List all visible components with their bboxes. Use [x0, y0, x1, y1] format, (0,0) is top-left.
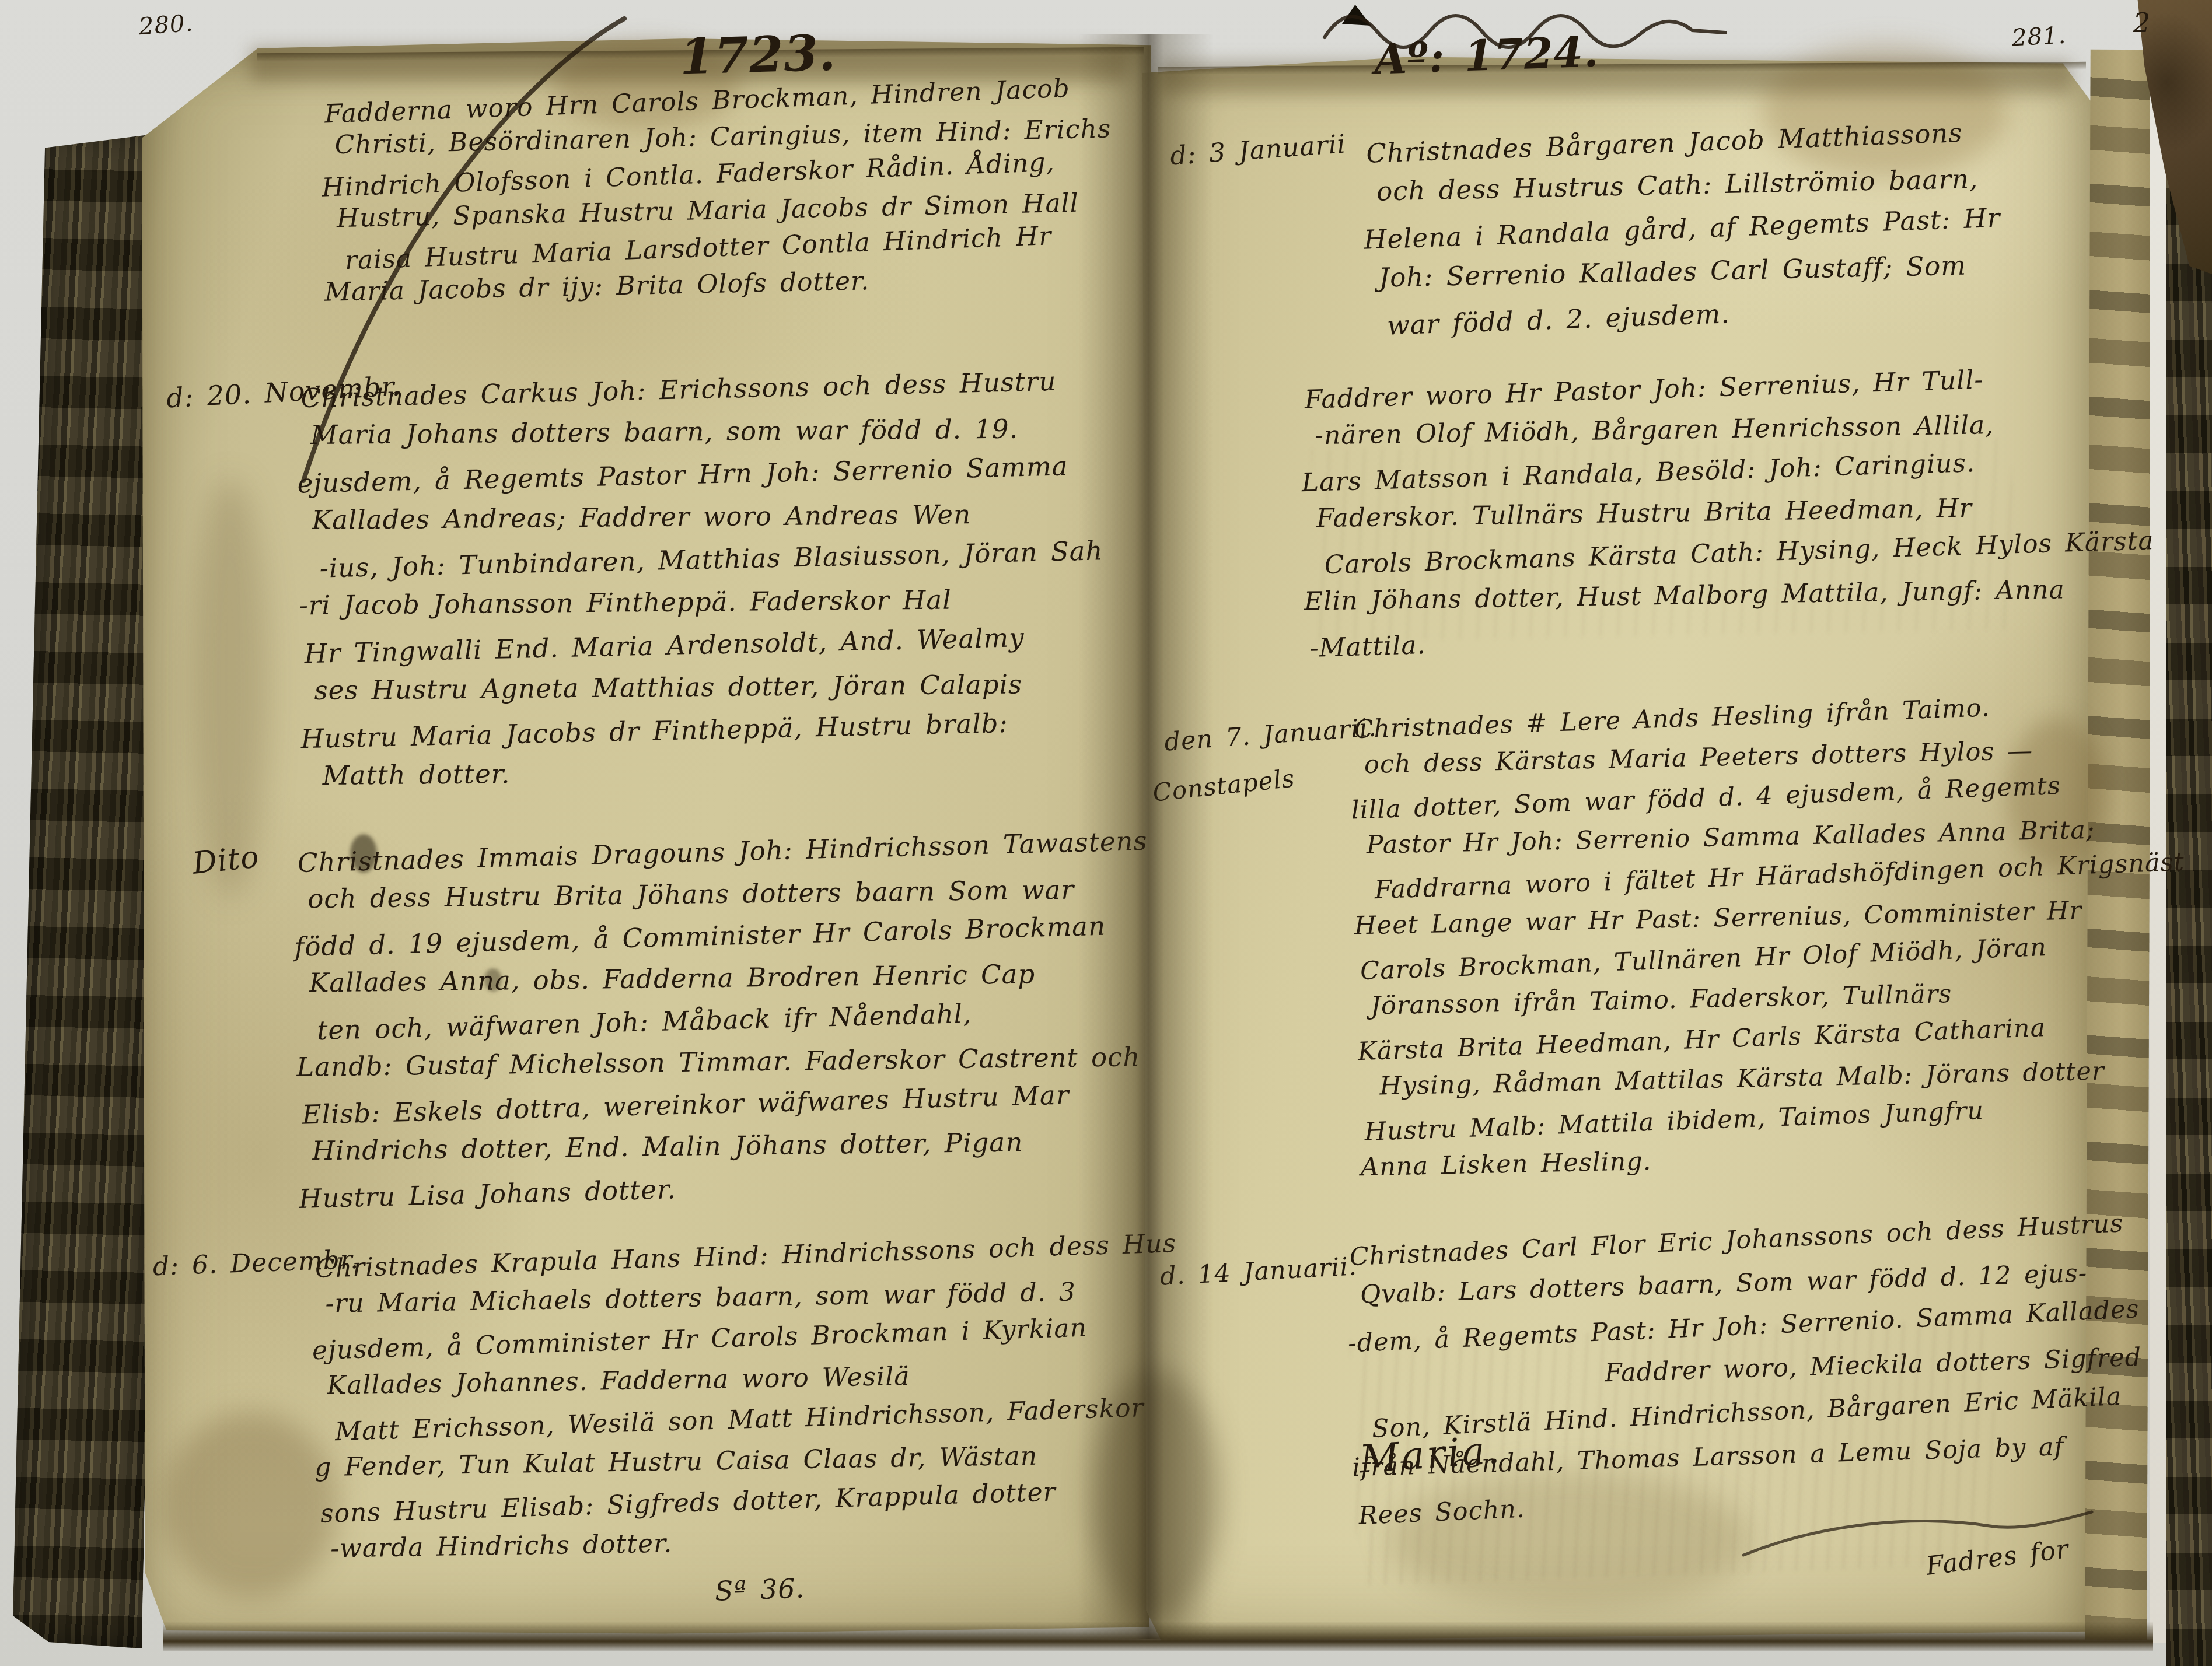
left-page-number: 280. — [138, 10, 194, 40]
register-entry: Christnades Bårgaren Jacob Matthiassonso… — [1365, 110, 2094, 345]
page-sum-note: Sª 36. — [714, 1572, 805, 1606]
manuscript-photo: { "colors": { "scan_background": "#d6d6d… — [0, 0, 2212, 1666]
register-entry: Christnades Carkus Joh: Erichssons och d… — [300, 362, 1141, 799]
right-page-number: 281. — [2011, 22, 2067, 52]
register-entry: Christnades Krapula Hans Hind: Hindrichs… — [314, 1228, 1144, 1571]
register-entry: Christnades Carl Flor Eric Johanssons oc… — [1348, 1206, 2111, 1535]
corner-mark: 2 — [2133, 7, 2151, 38]
left-intro-paragraph: Fadderna woro Hrn Carols Brockman, Hindr… — [324, 71, 1146, 313]
book-bottom-edge — [163, 1622, 2153, 1651]
left-year-heading: 1723. — [679, 24, 837, 86]
register-entry: Christnades Immais Dragouns Joh: Hindric… — [297, 824, 1144, 1216]
right-year-heading: Aº: 1724. — [1374, 26, 1600, 83]
register-entry: Faddrer woro Hr Pastor Joh: Serrenius, H… — [1304, 359, 2098, 666]
register-entry: Christnades # Lere Ands Hesling ifrån Ta… — [1353, 688, 2106, 1190]
handwriting-line: Matth dotter. — [322, 747, 1141, 797]
margin-date: Dito — [191, 839, 261, 881]
